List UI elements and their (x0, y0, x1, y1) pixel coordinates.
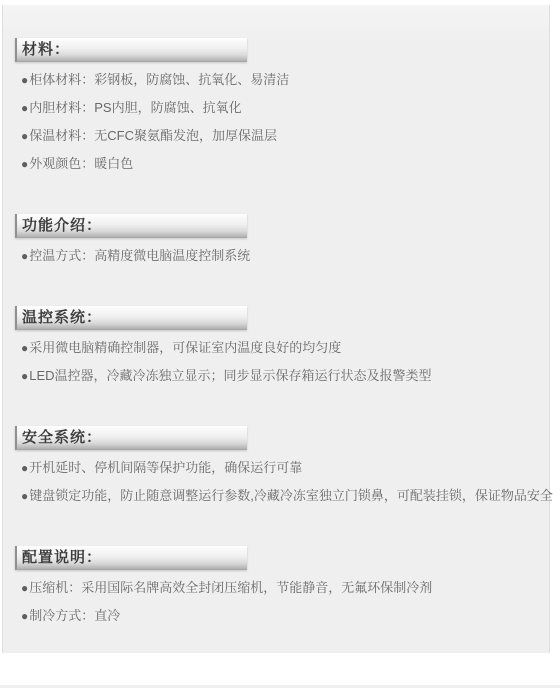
section-header-functions: 功能介绍： (15, 214, 247, 238)
list-item-text: 内胆材料：PS内胆，防腐蚀、抗氧化 (29, 100, 241, 115)
list-item-text: 开机延时、停机间隔等保护功能，确保运行可靠 (29, 460, 302, 475)
configuration-list: ●压缩机：采用国际名牌高效全封闭压缩机，节能静音，无氟环保制冷剂 ●制冷方式：直… (3, 574, 549, 630)
list-item-text: 采用微电脑精确控制器，可保证室内温度良好的均匀度 (29, 340, 341, 355)
bullet-icon: ● (21, 489, 28, 503)
list-item: ●控温方式：高精度微电脑温度控制系统 (21, 242, 543, 270)
section-configuration: 配置说明： ●压缩机：采用国际名牌高效全封闭压缩机，节能静音，无氟环保制冷剂 ●… (3, 546, 549, 630)
functions-list: ●控温方式：高精度微电脑温度控制系统 (3, 242, 549, 270)
section-header-configuration: 配置说明： (15, 546, 247, 570)
list-item-text: 压缩机：采用国际名牌高效全封闭压缩机，节能静音，无氟环保制冷剂 (29, 580, 432, 595)
materials-list: ●柜体材料：彩钢板，防腐蚀、抗氧化、易清洁 ●内胆材料：PS内胆，防腐蚀、抗氧化… (3, 66, 549, 178)
list-item: ●外观颜色：暖白色 (21, 150, 543, 178)
bullet-icon: ● (21, 73, 28, 87)
bullet-icon: ● (21, 129, 28, 143)
list-item-text: 控温方式：高精度微电脑温度控制系统 (29, 248, 250, 263)
bullet-icon: ● (21, 249, 28, 263)
bullet-icon: ● (21, 461, 28, 475)
list-item: ●压缩机：采用国际名牌高效全封闭压缩机，节能静音，无氟环保制冷剂 (21, 574, 543, 602)
product-description-page: 材料： ●柜体材料：彩钢板，防腐蚀、抗氧化、易清洁 ●内胆材料：PS内胆，防腐蚀… (0, 0, 560, 688)
list-item-text: 键盘锁定功能，防止随意调整运行参数,冷藏冷冻室独立门锁鼻，可配装挂锁，保证物品安… (29, 488, 553, 503)
list-item: ●LED温控器，冷藏冷冻独立显示；同步显示保存箱运行状态及报警类型 (21, 362, 543, 390)
safety-list: ●开机延时、停机间隔等保护功能，确保运行可靠 ●键盘锁定功能，防止随意调整运行参… (3, 454, 549, 510)
list-item-text: 保温材料：无CFC聚氨酯发泡，加厚保温层 (29, 128, 277, 143)
list-item: ●采用微电脑精确控制器，可保证室内温度良好的均匀度 (21, 334, 543, 362)
list-item-text: 外观颜色：暖白色 (29, 156, 133, 171)
section-header-temperature-control: 温控系统： (15, 306, 247, 330)
list-item: ●制冷方式：直冷 (21, 602, 543, 630)
bullet-icon: ● (21, 609, 28, 623)
section-safety: 安全系统： ●开机延时、停机间隔等保护功能，确保运行可靠 ●键盘锁定功能，防止随… (3, 426, 549, 510)
list-item: ●保温材料：无CFC聚氨酯发泡，加厚保温层 (21, 122, 543, 150)
section-header-safety: 安全系统： (15, 426, 247, 450)
section-materials: 材料： ●柜体材料：彩钢板，防腐蚀、抗氧化、易清洁 ●内胆材料：PS内胆，防腐蚀… (3, 38, 549, 178)
bullet-icon: ● (21, 341, 28, 355)
list-item-text: 柜体材料：彩钢板，防腐蚀、抗氧化、易清洁 (29, 72, 289, 87)
bullet-icon: ● (21, 157, 28, 171)
bullet-icon: ● (21, 101, 28, 115)
section-functions: 功能介绍： ●控温方式：高精度微电脑温度控制系统 (3, 214, 549, 270)
list-item-text: LED温控器，冷藏冷冻独立显示；同步显示保存箱运行状态及报警类型 (29, 368, 431, 383)
list-item: ●键盘锁定功能，防止随意调整运行参数,冷藏冷冻室独立门锁鼻，可配装挂锁，保证物品… (21, 482, 543, 510)
list-item-text: 制冷方式：直冷 (29, 608, 120, 623)
list-item: ●开机延时、停机间隔等保护功能，确保运行可靠 (21, 454, 543, 482)
section-header-materials: 材料： (15, 38, 247, 62)
bullet-icon: ● (21, 581, 28, 595)
section-temperature-control: 温控系统： ●采用微电脑精确控制器，可保证室内温度良好的均匀度 ●LED温控器，… (3, 306, 549, 390)
bullet-icon: ● (21, 369, 28, 383)
list-item: ●内胆材料：PS内胆，防腐蚀、抗氧化 (21, 94, 543, 122)
temperature-control-list: ●采用微电脑精确控制器，可保证室内温度良好的均匀度 ●LED温控器，冷藏冷冻独立… (3, 334, 549, 390)
spec-panel: 材料： ●柜体材料：彩钢板，防腐蚀、抗氧化、易清洁 ●内胆材料：PS内胆，防腐蚀… (2, 5, 550, 653)
list-item: ●柜体材料：彩钢板，防腐蚀、抗氧化、易清洁 (21, 66, 543, 94)
